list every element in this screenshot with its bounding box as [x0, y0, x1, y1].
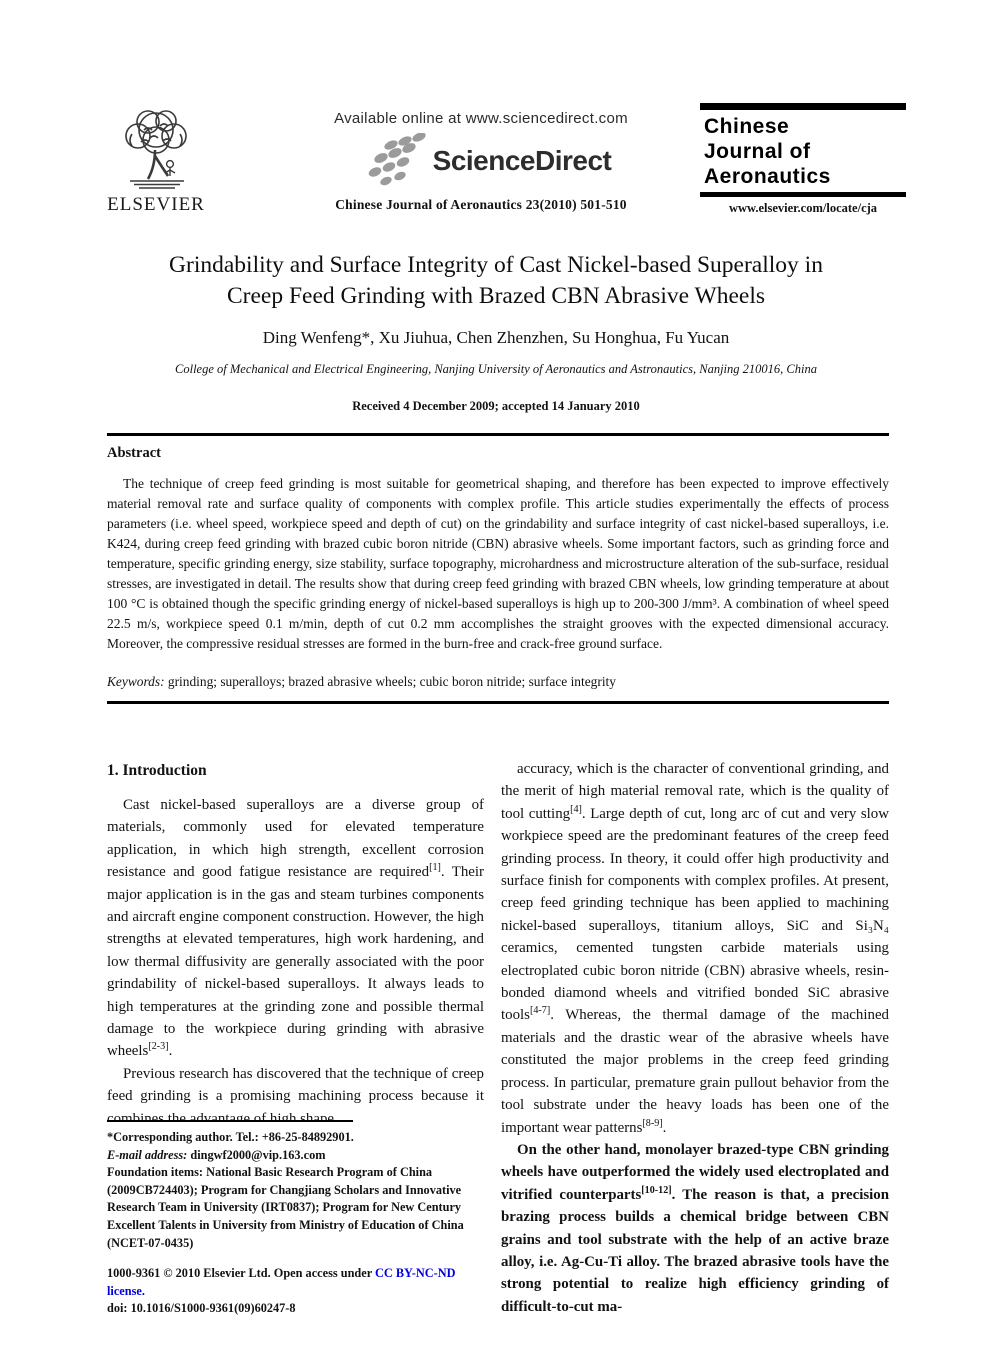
foundation-note: Foundation items: National Basic Researc…	[107, 1164, 484, 1252]
paper-page: ELSEVIER Available online at www.science…	[0, 0, 992, 1347]
keywords-line: Keywords: grinding; superalloys; brazed …	[107, 674, 889, 690]
keywords-list: grinding; superalloys; brazed abrasive w…	[168, 674, 616, 689]
masthead-top-bar	[700, 103, 906, 110]
footnote-block: *Corresponding author. Tel.: +86-25-8489…	[107, 1120, 484, 1318]
title-block: Grindability and Surface Integrity of Ca…	[0, 250, 992, 414]
elsevier-logo: ELSEVIER	[104, 106, 208, 216]
received-line: Received 4 December 2009; accepted 14 Ja…	[0, 399, 992, 414]
footnote-text: *Corresponding author. Tel.: +86-25-8489…	[107, 1129, 484, 1252]
elsevier-tree-icon	[108, 106, 204, 192]
intro-paragraph-1: Cast nickel-based superalloys are a dive…	[107, 794, 484, 1063]
sciencedirect-logo: ScienceDirect	[296, 133, 666, 189]
article-title: Grindability and Surface Integrity of Ca…	[0, 250, 992, 312]
doi-line: doi: 10.1016/S1000-9361(09)60247-8	[107, 1300, 484, 1318]
journal-url: www.elsevier.com/locate/cja	[700, 201, 906, 216]
available-online-text: Available online at www.sciencedirect.co…	[296, 110, 666, 127]
article-title-line1: Grindability and Surface Integrity of Ca…	[0, 250, 992, 281]
journal-name-line1: Chinese	[704, 114, 904, 139]
email-label: E-mail address:	[107, 1148, 187, 1162]
imprint-block: 1000-9361 © 2010 Elsevier Ltd. Open acce…	[107, 1265, 484, 1318]
email-address[interactable]: dingwf2000@vip.163.com	[190, 1148, 325, 1162]
authors-line: Ding Wenfeng*, Xu Jiuhua, Chen Zhenzhen,…	[0, 328, 992, 348]
sciencedirect-wordmark: ScienceDirect	[433, 145, 612, 177]
abstract-text: The technique of creep feed grinding is …	[107, 474, 889, 654]
intro-paragraph-3: accuracy, which is the character of conv…	[501, 758, 889, 1139]
issn-copyright: 1000-9361 © 2010 Elsevier Ltd.	[107, 1266, 271, 1280]
abstract-bottom-rule	[107, 701, 889, 704]
abstract-heading: Abstract	[107, 445, 889, 462]
journal-name-line2: Journal of	[704, 139, 904, 164]
email-note: E-mail address: dingwf2000@vip.163.com	[107, 1147, 484, 1165]
footnote-rule	[107, 1120, 353, 1122]
intro-paragraph-4: On the other hand, monolayer brazed-type…	[501, 1139, 889, 1318]
masthead-bottom-bar	[700, 192, 906, 197]
journal-name: Chinese Journal of Aeronautics	[700, 110, 906, 189]
keywords-label: Keywords:	[107, 674, 165, 689]
imprint-line: 1000-9361 © 2010 Elsevier Ltd. Open acce…	[107, 1265, 484, 1300]
introduction-heading: 1. Introduction	[107, 762, 484, 780]
header-center: Available online at www.sciencedirect.co…	[296, 110, 666, 213]
elsevier-wordmark: ELSEVIER	[104, 194, 208, 216]
journal-masthead: Chinese Journal of Aeronautics www.elsev…	[700, 103, 906, 216]
article-title-line2: Creep Feed Grinding with Brazed CBN Abra…	[0, 281, 992, 312]
affiliation-line: College of Mechanical and Electrical Eng…	[0, 362, 992, 377]
abstract-block: Abstract The technique of creep feed gri…	[107, 445, 889, 654]
corresponding-author-note: *Corresponding author. Tel.: +86-25-8489…	[107, 1129, 484, 1147]
right-column: accuracy, which is the character of conv…	[501, 758, 889, 1318]
open-access-text: Open access under	[274, 1266, 372, 1280]
abstract-top-rule	[107, 433, 889, 436]
journal-name-line3: Aeronautics	[704, 164, 904, 189]
sciencedirect-leaves-icon	[351, 133, 429, 189]
journal-citation: Chinese Journal of Aeronautics 23(2010) …	[296, 197, 666, 213]
